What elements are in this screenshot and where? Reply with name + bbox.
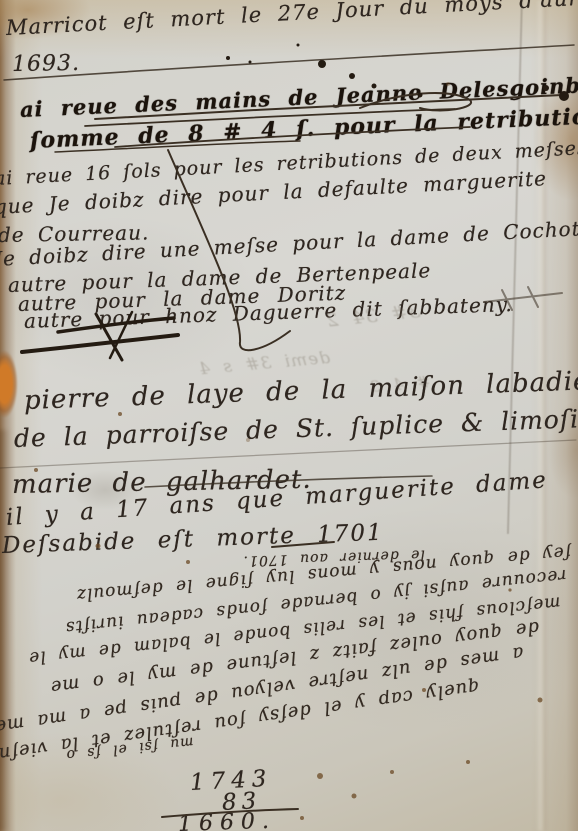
ghost-bleedthrough-2: demi 3# s 4 bbox=[197, 348, 331, 379]
manuscript-page: Marricot eſt mort le 27e Jour du moys d'… bbox=[0, 0, 578, 831]
manuscript-line-death-note-1: Marricot eſt mort le 27e Jour du moys d'… bbox=[5, 0, 578, 40]
manuscript-line-death-note-2: 1693. bbox=[12, 51, 80, 77]
arithmetic-difference: 1660. bbox=[178, 809, 277, 831]
horizontal-rule-stroke bbox=[4, 45, 574, 80]
orange-pigment-stain bbox=[0, 350, 18, 418]
